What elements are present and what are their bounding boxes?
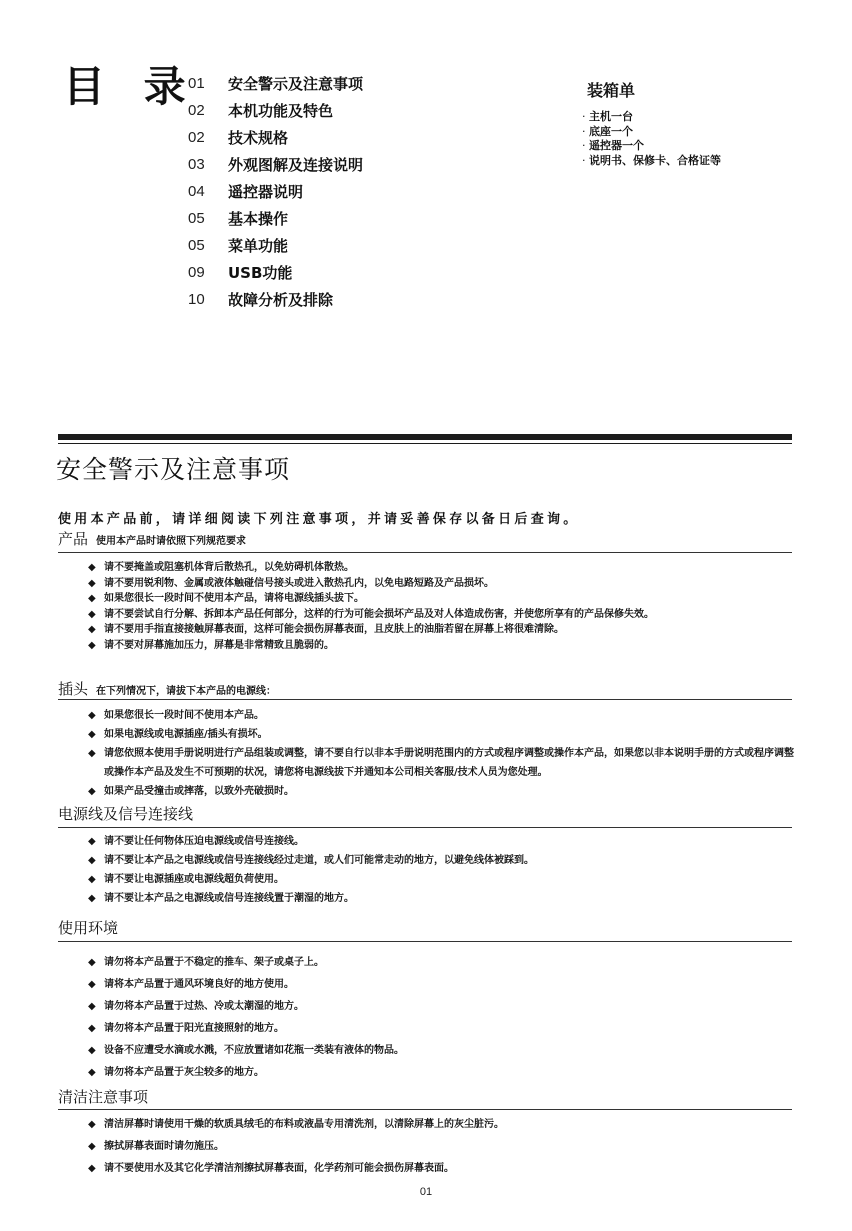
page-number: 01 (0, 1186, 852, 1198)
diamond-bullet-icon: ◆ (88, 952, 96, 974)
bullet-list-cleaning: ◆清洁屏幕时请使用干燥的软质具绒毛的布料或液晶专用清洗剂，以清除屏幕上的灰尘脏污… (88, 1114, 798, 1180)
diamond-bullet-icon: ◆ (88, 851, 96, 870)
subsection-rule (58, 552, 792, 553)
diamond-bullet-icon: ◆ (88, 622, 96, 638)
toc-page-number: 10 (188, 291, 228, 308)
diamond-bullet-icon: ◆ (88, 706, 96, 725)
toc-page-number: 02 (188, 129, 228, 146)
toc-page-number: 05 (188, 237, 228, 254)
list-item: ◆清洁屏幕时请使用干燥的软质具绒毛的布料或液晶专用清洗剂，以清除屏幕上的灰尘脏污… (88, 1114, 798, 1136)
toc-page-number: 09 (188, 264, 228, 281)
toc-item[interactable]: 01安全警示及注意事项 (188, 70, 363, 97)
list-item: ◆请您依照本使用手册说明进行产品组装或调整，请不要自行以非本手册说明范围内的方式… (88, 744, 798, 782)
diamond-bullet-icon: ◆ (88, 576, 96, 592)
toc-label: 基本操作 (228, 208, 288, 229)
diamond-bullet-icon: ◆ (88, 607, 96, 623)
subsection-rule (58, 941, 792, 942)
list-item: ◆如果您很长一段时间不使用本产品。 (88, 706, 798, 725)
diamond-bullet-icon: ◆ (88, 1040, 96, 1062)
section-divider-thick (58, 434, 792, 440)
list-item: ◆请不要用锐利物、金属或液体触碰信号接头或进入散热孔内，以免电路短路及产品损坏。 (88, 576, 798, 592)
packing-list-item: 遥控器一个 (582, 139, 721, 154)
bullet-list-power-cord: ◆请不要让任何物体压迫电源线或信号连接线。 ◆请不要让本产品之电源线或信号连接线… (88, 832, 798, 908)
list-item: ◆请不要用手指直接接触屏幕表面，这样可能会损伤屏幕表面，且皮肤上的油脂若留在屏幕… (88, 622, 798, 638)
diamond-bullet-icon: ◆ (88, 591, 96, 607)
list-item: ◆请不要让电源插座或电源线超负荷使用。 (88, 870, 798, 889)
list-item: ◆请勿将本产品置于灰尘较多的地方。 (88, 1062, 798, 1084)
list-item: ◆请不要让任何物体压迫电源线或信号连接线。 (88, 832, 798, 851)
list-item: ◆如果电源线或电源插座/插头有损坏。 (88, 725, 798, 744)
diamond-bullet-icon: ◆ (88, 1158, 96, 1180)
intro-text: 使用本产品前，请详细阅读下列注意事项，并请妥善保存以备日后查询。 (58, 508, 580, 527)
toc-item[interactable]: 05菜单功能 (188, 232, 363, 259)
diamond-bullet-icon: ◆ (88, 638, 96, 654)
list-item: ◆请勿将本产品置于过热、冷或太潮湿的地方。 (88, 996, 798, 1018)
subsection-heading-cleaning: 清洁注意事项 (58, 1086, 148, 1107)
subsection-heading-environment: 使用环境 (58, 917, 118, 938)
list-item: ◆如果产品受撞击或摔落，以致外壳破损时。 (88, 782, 798, 801)
bullet-list-product: ◆请不要掩盖或阻塞机体背后散热孔，以免妨碍机体散热。 ◆请不要用锐利物、金属或液… (88, 560, 798, 653)
toc-page-number: 05 (188, 210, 228, 227)
subsection-title: 使用环境 (58, 917, 118, 938)
subsection-rule (58, 827, 792, 828)
toc-label: 安全警示及注意事项 (228, 73, 363, 94)
subsection-title: 插头 (58, 678, 88, 699)
toc-item[interactable]: 04遥控器说明 (188, 178, 363, 205)
toc-label: 故障分析及排除 (228, 289, 333, 310)
subsection-heading-power-cord: 电源线及信号连接线 (58, 803, 193, 824)
toc-item[interactable]: 05基本操作 (188, 205, 363, 232)
toc-label: 外观图解及连接说明 (228, 154, 363, 175)
subsection-title: 电源线及信号连接线 (58, 803, 193, 824)
toc-item[interactable]: 02技术规格 (188, 124, 363, 151)
subsection-rule (58, 699, 792, 700)
list-item: ◆如果您很长一段时间不使用本产品，请将电源线插头拔下。 (88, 591, 798, 607)
diamond-bullet-icon: ◆ (88, 1114, 96, 1136)
list-item: ◆设备不应遭受水滴或水溅，不应放置诸如花瓶一类装有液体的物品。 (88, 1040, 798, 1062)
list-item: ◆请不要尝试自行分解、拆卸本产品任何部分，这样的行为可能会损坏产品及对人体造成伤… (88, 607, 798, 623)
toc-label: 技术规格 (228, 127, 288, 148)
toc-page-number: 03 (188, 156, 228, 173)
packing-list: 主机一台 底座一个 遥控器一个 说明书、保修卡、合格证等 (582, 110, 721, 168)
packing-list-item: 底座一个 (582, 125, 721, 140)
subsection-title: 清洁注意事项 (58, 1086, 148, 1107)
toc-item[interactable]: 09USB功能 (188, 259, 363, 286)
diamond-bullet-icon: ◆ (88, 1018, 96, 1040)
diamond-bullet-icon: ◆ (88, 832, 96, 851)
list-item: ◆请勿将本产品置于不稳定的推车、架子或桌子上。 (88, 952, 798, 974)
diamond-bullet-icon: ◆ (88, 1136, 96, 1158)
list-item: ◆请不要让本产品之电源线或信号连接线经过走道，或人们可能常走动的地方，以避免线体… (88, 851, 798, 870)
toc-label: USB功能 (228, 262, 292, 283)
diamond-bullet-icon: ◆ (88, 889, 96, 908)
list-item: ◆请不要掩盖或阻塞机体背后散热孔，以免妨碍机体散热。 (88, 560, 798, 576)
list-item: ◆请不要使用水及其它化学清洁剂擦拭屏幕表面，化学药剂可能会损伤屏幕表面。 (88, 1158, 798, 1180)
diamond-bullet-icon: ◆ (88, 974, 96, 996)
diamond-bullet-icon: ◆ (88, 1062, 96, 1084)
toc-item[interactable]: 03外观图解及连接说明 (188, 151, 363, 178)
toc-item[interactable]: 02本机功能及特色 (188, 97, 363, 124)
toc-item[interactable]: 10故障分析及排除 (188, 286, 363, 313)
toc-page-number: 02 (188, 102, 228, 119)
diamond-bullet-icon: ◆ (88, 725, 96, 744)
list-item: ◆请不要对屏幕施加压力，屏幕是非常精致且脆弱的。 (88, 638, 798, 654)
list-item: ◆请不要让本产品之电源线或信号连接线置于潮湿的地方。 (88, 889, 798, 908)
diamond-bullet-icon: ◆ (88, 996, 96, 1018)
packing-list-item: 主机一台 (582, 110, 721, 125)
diamond-bullet-icon: ◆ (88, 744, 96, 763)
toc-label: 本机功能及特色 (228, 100, 333, 121)
bullet-list-environment: ◆请勿将本产品置于不稳定的推车、架子或桌子上。 ◆请将本产品置于通风环境良好的地… (88, 952, 798, 1084)
toc-title: 目 录 (63, 66, 198, 108)
toc-page-number: 01 (188, 75, 228, 92)
subsection-description: 使用本产品时请依照下列规范要求 (96, 532, 246, 547)
packing-list-title: 装箱单 (587, 78, 635, 101)
toc-list: 01安全警示及注意事项 02本机功能及特色 02技术规格 03外观图解及连接说明… (188, 70, 363, 313)
subsection-rule (58, 1109, 792, 1110)
section-title: 安全警示及注意事项 (56, 450, 290, 486)
section-divider-thin (58, 443, 792, 444)
subsection-heading-plug: 插头 在下列情况下，请拔下本产品的电源线： (58, 678, 276, 699)
subsection-heading-product: 产品 使用本产品时请依照下列规范要求 (58, 528, 246, 549)
diamond-bullet-icon: ◆ (88, 782, 96, 801)
list-item: ◆请将本产品置于通风环境良好的地方使用。 (88, 974, 798, 996)
subsection-title: 产品 (58, 528, 88, 549)
diamond-bullet-icon: ◆ (88, 870, 96, 889)
bullet-list-plug: ◆如果您很长一段时间不使用本产品。 ◆如果电源线或电源插座/插头有损坏。 ◆请您… (88, 706, 798, 801)
list-item: ◆请勿将本产品置于阳光直接照射的地方。 (88, 1018, 798, 1040)
subsection-description: 在下列情况下，请拔下本产品的电源线： (96, 682, 276, 697)
toc-label: 遥控器说明 (228, 181, 303, 202)
packing-list-item: 说明书、保修卡、合格证等 (582, 154, 721, 169)
toc-page-number: 04 (188, 183, 228, 200)
toc-label: 菜单功能 (228, 235, 288, 256)
diamond-bullet-icon: ◆ (88, 560, 96, 576)
list-item: ◆擦拭屏幕表面时请勿施压。 (88, 1136, 798, 1158)
